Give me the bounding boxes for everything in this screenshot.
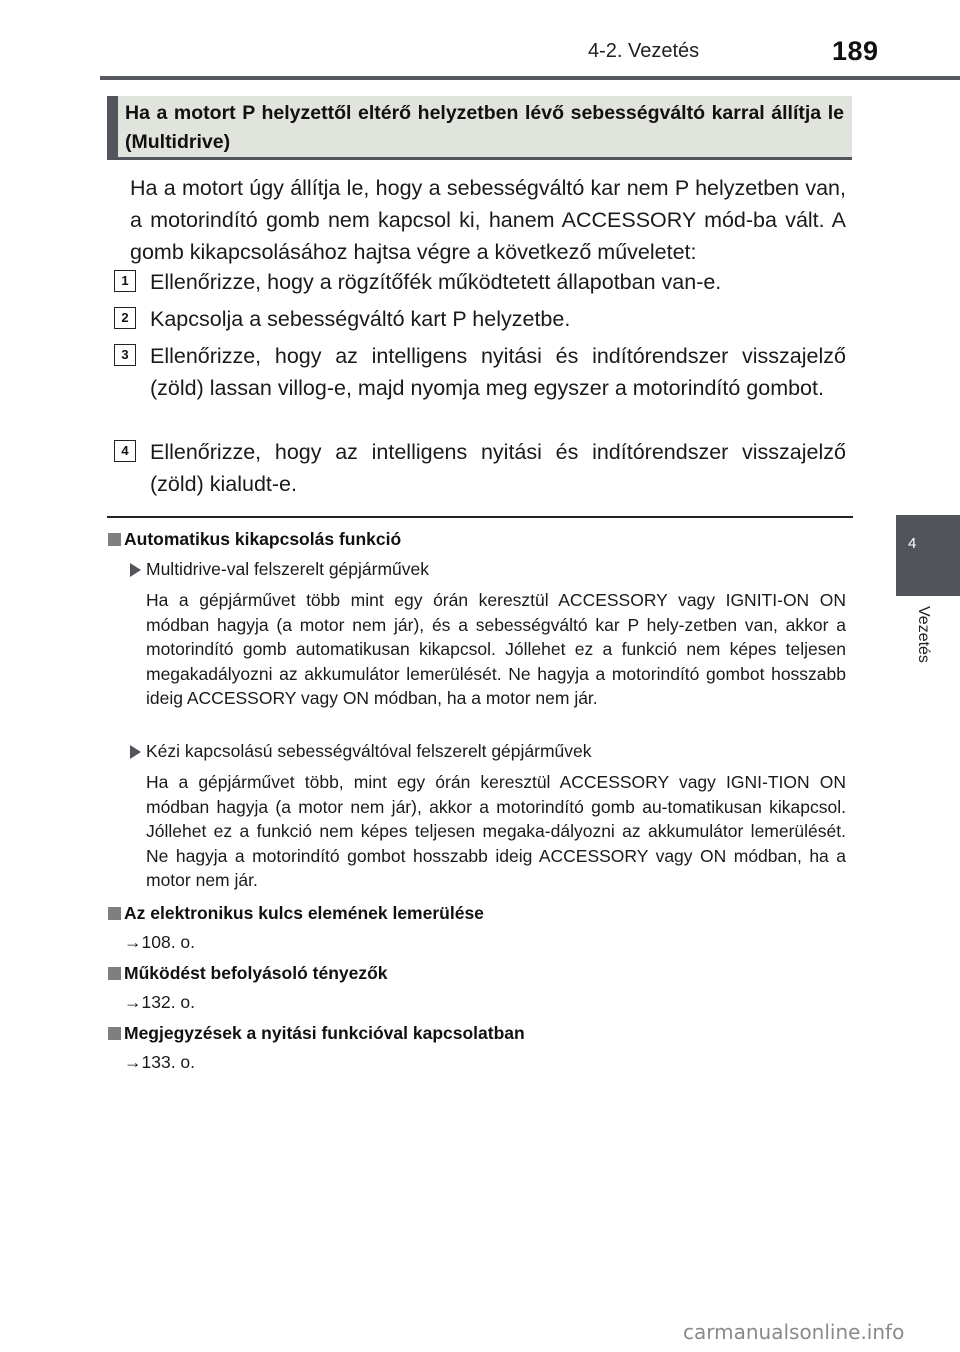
step-number-badge: 2 bbox=[114, 307, 136, 329]
chapter-label: Vezetés bbox=[902, 606, 932, 686]
section-title-box: Ha a motort P helyzettől eltérő helyzetb… bbox=[107, 96, 852, 160]
step-text: Ellenőrizze, hogy a rögzítőfék működtete… bbox=[150, 266, 846, 298]
note-heading-opening-notes: Megjegyzések a nyitási funkcióval kapcso… bbox=[108, 1023, 525, 1044]
triangle-bullet-icon bbox=[130, 563, 141, 577]
note-heading-factors: Működést befolyásoló tényezők bbox=[108, 963, 388, 984]
page-reference-link[interactable]: →133. o. bbox=[124, 1052, 195, 1073]
step-text: Kapcsolja a sebességváltó kart P helyzet… bbox=[150, 303, 846, 335]
subheading-text: Kézi kapcsolású sebességváltóval felszer… bbox=[146, 741, 592, 761]
step-text: Ellenőrizze, hogy az intelligens nyitási… bbox=[150, 340, 846, 404]
note-heading-text: Automatikus kikapcsolás funkció bbox=[124, 529, 401, 549]
step-1: 1 Ellenőrizze, hogy a rögzítőfék működte… bbox=[114, 266, 846, 298]
square-bullet-icon bbox=[108, 533, 121, 546]
page-reference-link[interactable]: →132. o. bbox=[124, 992, 195, 1013]
header-rule bbox=[100, 76, 960, 80]
chapter-number: 4 bbox=[908, 535, 916, 552]
step-number-badge: 1 bbox=[114, 270, 136, 292]
step-2: 2 Kapcsolja a sebességváltó kart P helyz… bbox=[114, 303, 846, 335]
note-heading-key-battery: Az elektronikus kulcs elemének lemerülés… bbox=[108, 903, 484, 924]
step-3: 3 Ellenőrizze, hogy az intelligens nyitá… bbox=[114, 340, 846, 404]
step-text: Ellenőrizze, hogy az intelligens nyitási… bbox=[150, 436, 846, 500]
intro-paragraph: Ha a motort úgy állítja le, hogy a sebes… bbox=[130, 172, 846, 268]
note-heading-text: Megjegyzések a nyitási funkcióval kapcso… bbox=[124, 1023, 525, 1043]
subheading-text: Multidrive-val felszerelt gépjárművek bbox=[146, 559, 429, 579]
chapter-tab[interactable]: 4 bbox=[896, 515, 960, 596]
square-bullet-icon bbox=[108, 907, 121, 920]
step-4: 4 Ellenőrizze, hogy az intelligens nyitá… bbox=[114, 436, 846, 500]
step-number-badge: 4 bbox=[114, 440, 136, 462]
square-bullet-icon bbox=[108, 1027, 121, 1040]
note-heading-text: Az elektronikus kulcs elemének lemerülés… bbox=[124, 903, 484, 923]
step-number-badge: 3 bbox=[114, 344, 136, 366]
watermark: carmanualsonline.info bbox=[683, 1320, 904, 1344]
subheading-manual: Kézi kapcsolású sebességváltóval felszer… bbox=[130, 741, 592, 762]
page-reference-link[interactable]: →108. o. bbox=[124, 932, 195, 953]
note-paragraph-multidrive: Ha a gépjárművet több mint egy órán kere… bbox=[146, 588, 846, 711]
triangle-bullet-icon bbox=[130, 745, 141, 759]
note-heading-text: Működést befolyásoló tényezők bbox=[124, 963, 388, 983]
square-bullet-icon bbox=[108, 967, 121, 980]
note-paragraph-manual: Ha a gépjárművet több, mint egy órán ker… bbox=[146, 770, 846, 893]
page-number: 189 bbox=[832, 36, 879, 67]
subheading-multidrive: Multidrive-val felszerelt gépjárművek bbox=[130, 559, 429, 580]
section-title: Ha a motort P helyzettől eltérő helyzetb… bbox=[125, 99, 844, 157]
section-divider bbox=[107, 516, 853, 518]
note-heading-auto-off: Automatikus kikapcsolás funkció bbox=[108, 529, 401, 550]
header-section-title: 4-2. Vezetés bbox=[588, 40, 699, 63]
